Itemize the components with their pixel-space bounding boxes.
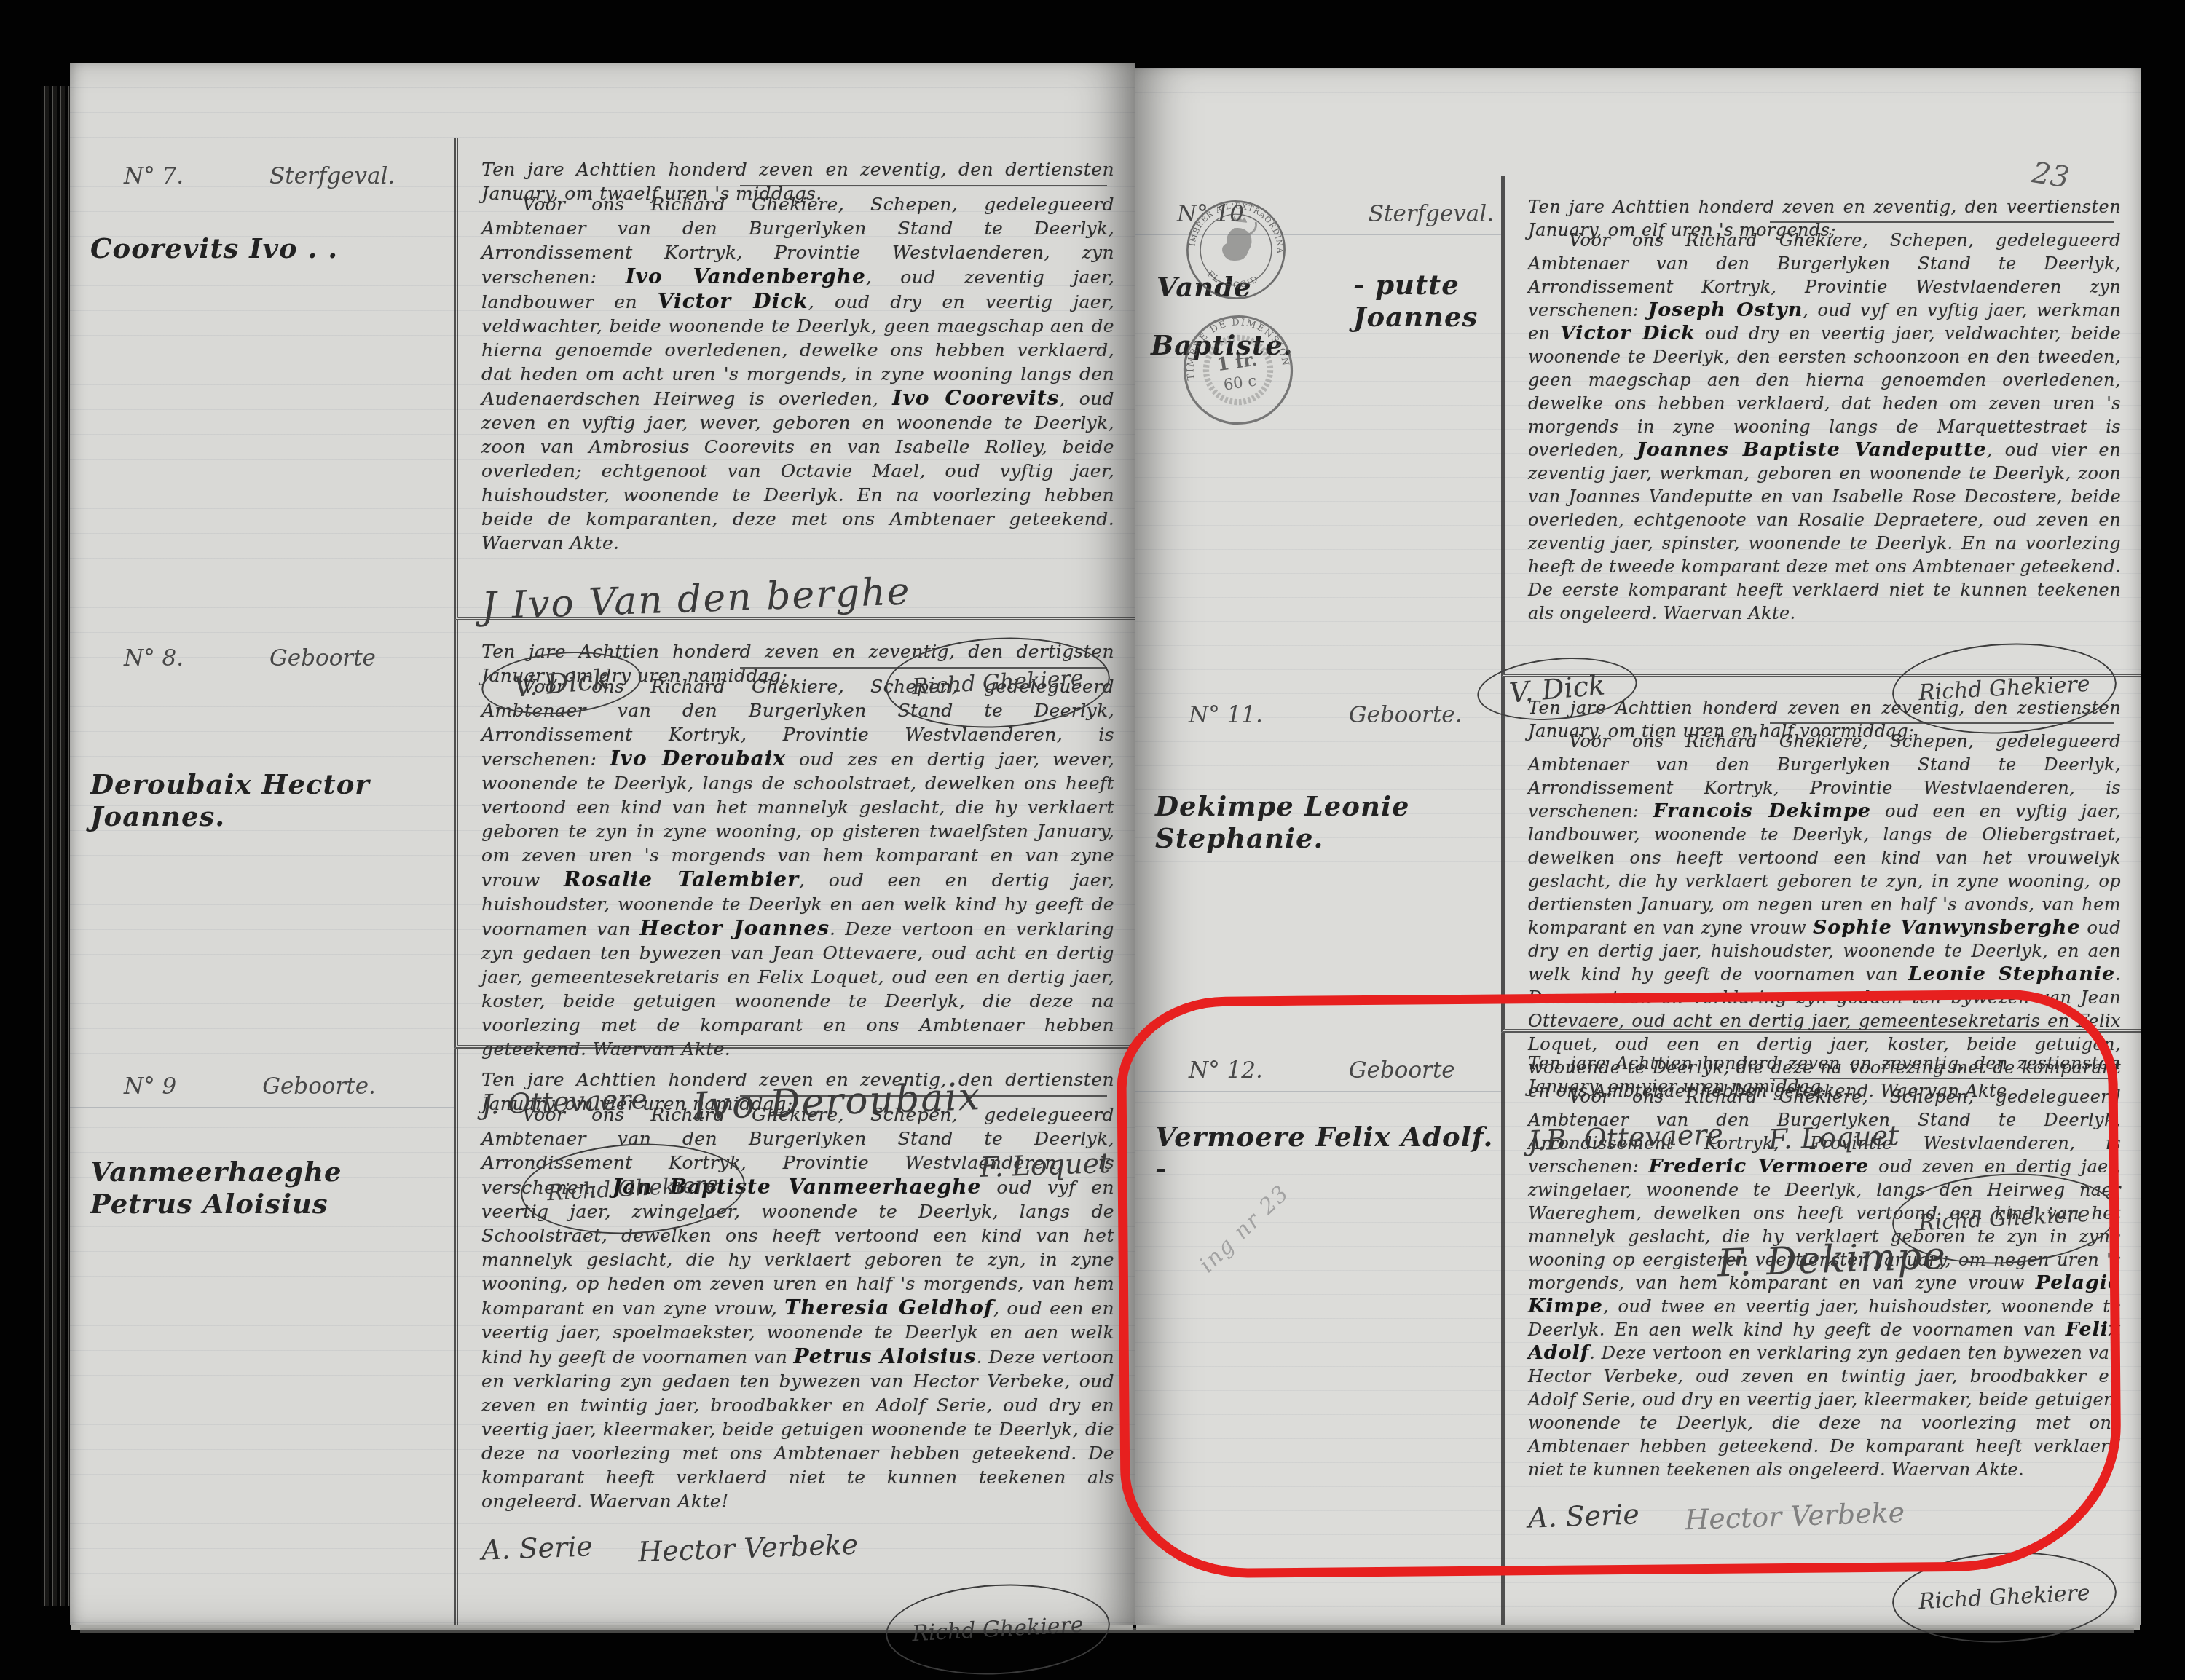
- signature-verbeke: Hector Verbeke: [1684, 1496, 1905, 1537]
- signature-richard-ghekiere: Richd Ghekiere: [883, 1579, 1112, 1680]
- record-7-header: N° 7. Sterfgeval.: [70, 160, 454, 197]
- record-10: N° 10 Sterfgeval. Vande - putte Joannes …: [1135, 176, 2141, 677]
- record-8-margin-name: Deroubaix Hector Joannes.: [70, 768, 454, 832]
- record-9-signatures: A. SerieHector VerbekeRichd Ghekiere: [481, 1532, 1114, 1674]
- signature-ottevaere: J. Ottevaere: [481, 1083, 647, 1121]
- register-left-page: N° 7. Sterfgeval. Coorevits Ivo . . Ten …: [70, 63, 1135, 1625]
- filler-rule: [740, 185, 1107, 186]
- emphasized-name: Victor Dick: [658, 289, 808, 313]
- record-11-signatures: J.B. OttevaereF. LoquetRichd GhekiereF. …: [1528, 1121, 2121, 1284]
- pencil-note: ing nr 23: [1194, 1180, 1294, 1277]
- register-scan: N° 7. Sterfgeval. Coorevits Ivo . . Ten …: [0, 0, 2185, 1680]
- emphasized-name: Joseph Ostyn: [1647, 299, 1803, 321]
- signature-richard-ghekiere: Richd Ghekiere: [519, 1138, 747, 1239]
- signature-richard-ghekiere: Richd Ghekiere: [1890, 638, 2119, 739]
- body-text-segment: , oud zeven en vyftig jaer, wever, gebor…: [481, 388, 1114, 553]
- stamp-value: 60 c: [1222, 371, 1257, 394]
- emphasized-name: Joannes Baptiste Vandeputte: [1637, 438, 1987, 461]
- record-11-header: N° 11. Geboorte.: [1135, 699, 1501, 736]
- record-11-margin: N° 11. Geboorte. Dekimpe Leonie Stephani…: [1135, 677, 1501, 1033]
- emphasized-name: Victor Dick: [1560, 322, 1696, 344]
- filler-rule: [1770, 221, 2114, 223]
- emphasized-name: Ivo Coorevits: [892, 386, 1059, 410]
- emphasized-name: Sophie Vanwynsberghe: [1813, 916, 2081, 939]
- record-type: Geboorte.: [262, 1073, 376, 1100]
- signature-ivo-deroubaix: Ivo Deroubaix: [692, 1075, 982, 1129]
- record-type: Geboorte.: [1349, 702, 1462, 728]
- record-10-signatures: V. DickRichd Ghekiere: [1528, 644, 2121, 733]
- signature-ottevaere: J.B. Ottevaere: [1527, 1118, 1723, 1156]
- record-7-text: Voor ons Richard Ghekiere, Schepen, gede…: [481, 192, 1114, 555]
- book-page-edges: [41, 86, 70, 1606]
- record-9-header: N° 9 Geboorte.: [70, 1070, 454, 1108]
- record-9-margin: N° 9 Geboorte. Vanmeerhaeghe Petrus Aloi…: [70, 1049, 454, 1625]
- signature-ivo-vandenberghe: J Ivo Van den berghe: [481, 563, 1111, 628]
- signature-richard-ghekiere: Richd Ghekiere: [883, 632, 1112, 733]
- emphasized-name: Petrus Aloisius: [794, 1344, 977, 1368]
- emphasized-name: Ivo Deroubaix: [610, 746, 786, 770]
- record-number: N° 9: [124, 1073, 176, 1100]
- filler-rule: [1770, 1078, 2114, 1079]
- emphasized-name: Hector Joannes: [640, 916, 830, 940]
- emphasized-name: Rosalie Talembier: [564, 867, 799, 891]
- emphasized-name: Francois Dekimpe: [1653, 800, 1870, 822]
- signature-serie: A. Serie: [481, 1530, 593, 1566]
- record-type: Geboorte: [269, 645, 376, 671]
- register-right-page: 23 N° 10 Sterfgeval. Vande - putte Joann…: [1135, 68, 2141, 1625]
- record-number: N° 7.: [124, 163, 184, 189]
- record-7-margin: N° 7. Sterfgeval. Coorevits Ivo . .: [70, 138, 454, 620]
- record-9-margin-name: Vanmeerhaeghe Petrus Aloisius: [70, 1156, 454, 1220]
- record-10-margin: N° 10 Sterfgeval. Vande - putte Joannes …: [1135, 176, 1501, 677]
- belgian-lion-icon: [1222, 214, 1257, 262]
- signature-richard-ghekiere: Richd Ghekiere: [1890, 1547, 2119, 1648]
- body-text-segment: . Deze vertoon en verklaring zyn gedaen …: [1528, 1343, 2121, 1480]
- record-number: N° 12.: [1189, 1057, 1263, 1084]
- emphasized-name: Leonie Stephanie: [1908, 963, 2115, 985]
- record-10-body: Ten jare Achttien honderd zeven en zeven…: [1501, 176, 2141, 677]
- lion-stamp: A TIMBRER A L'EXTRAORDINAIRE FL. OCCID: [1179, 193, 1293, 307]
- record-number: N° 8.: [124, 645, 184, 671]
- record-12-margin: N° 12. Geboorte Vermoere Felix Adolf. - …: [1135, 1033, 1501, 1625]
- signature-verbeke: Hector Verbeke: [637, 1529, 859, 1569]
- signature-v-dick: V. Dick: [479, 645, 644, 720]
- record-10-text: Voor ons Richard Ghekiere, Schepen, gede…: [1528, 229, 2121, 625]
- svg-text:FL. OCCID: FL. OCCID: [1204, 268, 1261, 293]
- record-10-margin-name-part: - putte Joannes: [1353, 269, 1501, 333]
- record-12-header: N° 12. Geboorte: [1135, 1054, 1501, 1092]
- record-12-margin-name: Vermoere Felix Adolf. -: [1135, 1121, 1501, 1185]
- record-8-text: Voor ons Richard Ghekiere, Schepen, gede…: [481, 674, 1114, 1061]
- record-8-header: N° 8. Geboorte: [70, 642, 454, 679]
- record-7-margin-name: Coorevits Ivo . .: [70, 232, 454, 264]
- record-7-signatures: J Ivo Van den bergheV. DickRichd Ghekier…: [481, 574, 1114, 727]
- record-type: Sterfgeval.: [269, 163, 395, 189]
- record-11-margin-name: Dekimpe Leonie Stephanie.: [1135, 790, 1501, 854]
- emphasized-name: Ivo Vandenberghe: [626, 264, 866, 288]
- signature-loquet: F. Loquet: [979, 1146, 1111, 1183]
- record-7: N° 7. Sterfgeval. Coorevits Ivo . . Ten …: [70, 138, 1135, 620]
- body-text-segment: , oud vier en zeventig jaer, werkman, ge…: [1528, 440, 2121, 623]
- record-type: Sterfgeval.: [1369, 201, 1494, 227]
- record-type: Geboorte: [1349, 1057, 1455, 1084]
- body-text-segment: . Deze vertoon en verklaring zyn gedaen …: [481, 1346, 1114, 1512]
- emphasized-name: Theresia Geldhof: [784, 1296, 993, 1320]
- record-number: N° 11.: [1189, 702, 1263, 728]
- signature-serie: A. Serie: [1527, 1498, 1639, 1534]
- record-7-body: Ten jare Achttien honderd zeven en zeven…: [454, 138, 1135, 620]
- stamp-ring-text: FL. OCCID: [1204, 268, 1261, 293]
- record-8-margin: N° 8. Geboorte Deroubaix Hector Joannes.: [70, 620, 454, 1049]
- dimension-stamp: TIMBRE DE DIMENSION 1 fr. 60 c: [1174, 306, 1302, 434]
- signature-loquet: F. Loquet: [1768, 1119, 1899, 1156]
- record-8-signatures: J. OttevaereIvo DeroubaixRichd GhekiereF…: [481, 1080, 1114, 1234]
- body-text-segment: , oud twee en veertig jaer, huishoudster…: [1528, 1296, 2121, 1340]
- signature-dekimpe: F. Dekimpe: [1717, 1234, 1948, 1286]
- record-12-signatures: A. SerieHector VerbekeRichd Ghekiere: [1528, 1500, 2121, 1642]
